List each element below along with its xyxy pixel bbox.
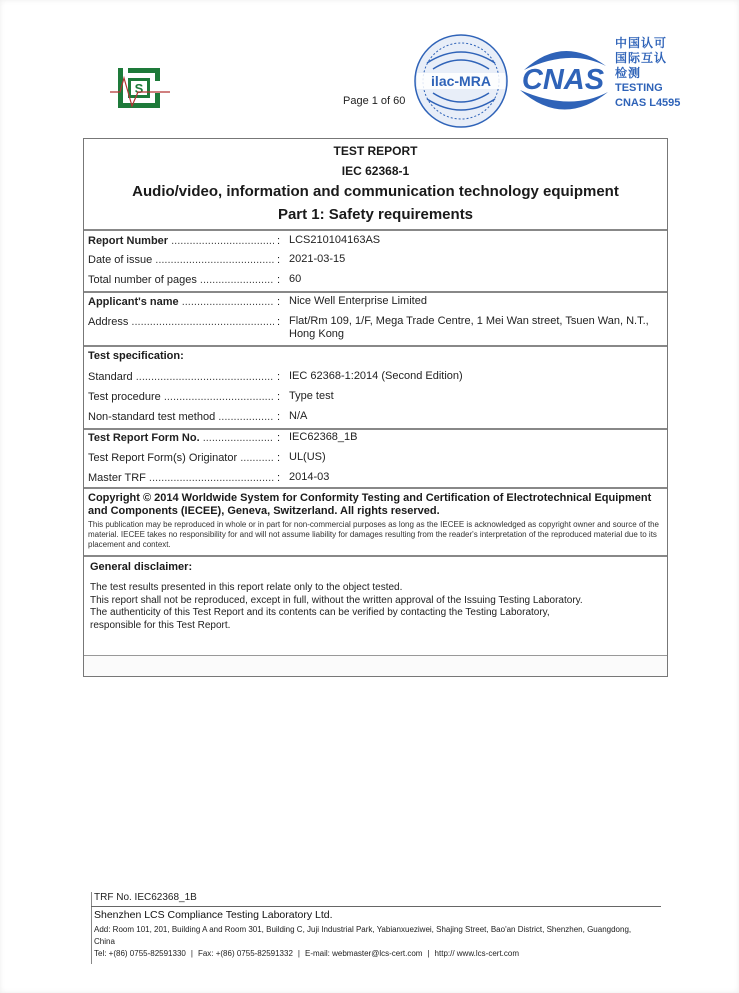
lab-fax: Fax: +(86) 0755-82591332 [198, 949, 293, 958]
standard-title: IEC 62368-1 [84, 164, 667, 178]
cnas-logo-icon: CNAS [510, 40, 616, 118]
field-label: Non-standard test method [88, 410, 278, 424]
svg-text:ilac-MRA: ilac-MRA [431, 73, 491, 89]
lcs-logo-icon: S [110, 66, 170, 112]
report-number-value: LCS210104163AS [289, 234, 659, 247]
test-procedure-value: Type test [289, 390, 659, 403]
applicant-section: Applicant's name : Nice Well Enterprise … [84, 293, 667, 347]
copyright-section: Copyright © 2014 Worldwide System for Co… [84, 489, 667, 557]
cnas-line-5: CNAS L4595 [615, 96, 680, 111]
test-specification-section: Test specification: Standard : IEC 62368… [84, 347, 667, 430]
disclaimer-line: responsible for this Test Report. [90, 620, 665, 633]
report-info-section: Report Number : LCS210104163AS Date of i… [84, 231, 667, 293]
disclaimer-line: The authenticity of this Test Report and… [90, 607, 665, 620]
field-label: Standard [88, 370, 278, 384]
laboratory-contact: Tel: +(86) 0755-82591330|Fax: +(86) 0755… [94, 949, 519, 958]
field-label: Applicant's name [88, 295, 278, 309]
applicant-name-value: Nice Well Enterprise Limited [289, 295, 659, 308]
cnas-line-2: 国际互认 [615, 51, 680, 66]
disclaimer-section: General disclaimer: The test results pre… [84, 557, 667, 656]
cnas-line-1: 中国认可 [615, 36, 680, 51]
blank-row [84, 656, 667, 676]
cnas-line-4: TESTING [615, 81, 680, 96]
non-standard-method-value: N/A [289, 410, 659, 423]
trf-originator-value: UL(US) [289, 451, 659, 464]
report-cover-table: TEST REPORT IEC 62368-1 Audio/video, inf… [83, 138, 668, 677]
trf-section: Test Report Form No. : IEC62368_1B Test … [84, 430, 667, 489]
ilac-mra-logo-icon: ilac-MRA [413, 33, 509, 129]
disclaimer-heading: General disclaimer: [90, 561, 192, 573]
master-trf-value: 2014-03 [289, 471, 659, 484]
laboratory-address: Add: Room 101, 201, Building A and Room … [94, 924, 654, 948]
title-block: TEST REPORT IEC 62368-1 Audio/video, inf… [84, 139, 667, 231]
footer-divider [91, 906, 661, 907]
field-label: Address [88, 315, 278, 329]
lab-website-link[interactable]: http:// www.lcs-cert.com [435, 949, 519, 958]
standard-value: IEC 62368-1:2014 (Second Edition) [289, 370, 659, 383]
lab-phone: Tel: +(86) 0755-82591330 [94, 949, 186, 958]
disclaimer-text: The test results presented in this repor… [90, 582, 665, 632]
page-indicator: Page 1 of 60 [343, 95, 405, 107]
field-label: Test Report Form No. [88, 431, 278, 445]
disclaimer-line: The test results presented in this repor… [90, 582, 665, 595]
report-type-title: TEST REPORT [84, 144, 667, 158]
field-label: Report Number [88, 234, 278, 248]
copyright-notice: Copyright © 2014 Worldwide System for Co… [88, 492, 658, 518]
field-label: Test Report Form(s) Originator [88, 451, 278, 465]
lab-email-link[interactable]: E-mail: webmaster@lcs-cert.com [305, 949, 422, 958]
part-title: Part 1: Safety requirements [84, 206, 667, 223]
date-of-issue-value: 2021-03-15 [289, 253, 659, 266]
total-pages-value: 60 [289, 273, 659, 286]
field-label: Total number of pages [88, 273, 278, 287]
field-label: Master TRF [88, 471, 278, 485]
test-specification-heading: Test specification: [88, 350, 184, 362]
field-label: Date of issue [88, 253, 278, 267]
trf-number-value: IEC62368_1B [289, 431, 659, 444]
svg-text:S: S [135, 81, 144, 96]
address-value: Flat/Rm 109, 1/F, Mega Trade Centre, 1 M… [289, 315, 659, 341]
copyright-terms: This publication may be reproduced in wh… [88, 520, 663, 550]
field-label: Test procedure [88, 390, 278, 404]
equipment-title: Audio/video, information and communicati… [84, 183, 667, 200]
cnas-line-3: 检测 [615, 66, 680, 81]
svg-text:CNAS: CNAS [522, 64, 605, 96]
laboratory-name: Shenzhen LCS Compliance Testing Laborato… [94, 909, 333, 921]
disclaimer-line: This report shall not be reproduced, exc… [90, 595, 665, 608]
footer-trf-number: TRF No. IEC62368_1B [94, 892, 197, 903]
cnas-accreditation-text: 中国认可 国际互认 检测 TESTING CNAS L4595 [615, 36, 680, 111]
